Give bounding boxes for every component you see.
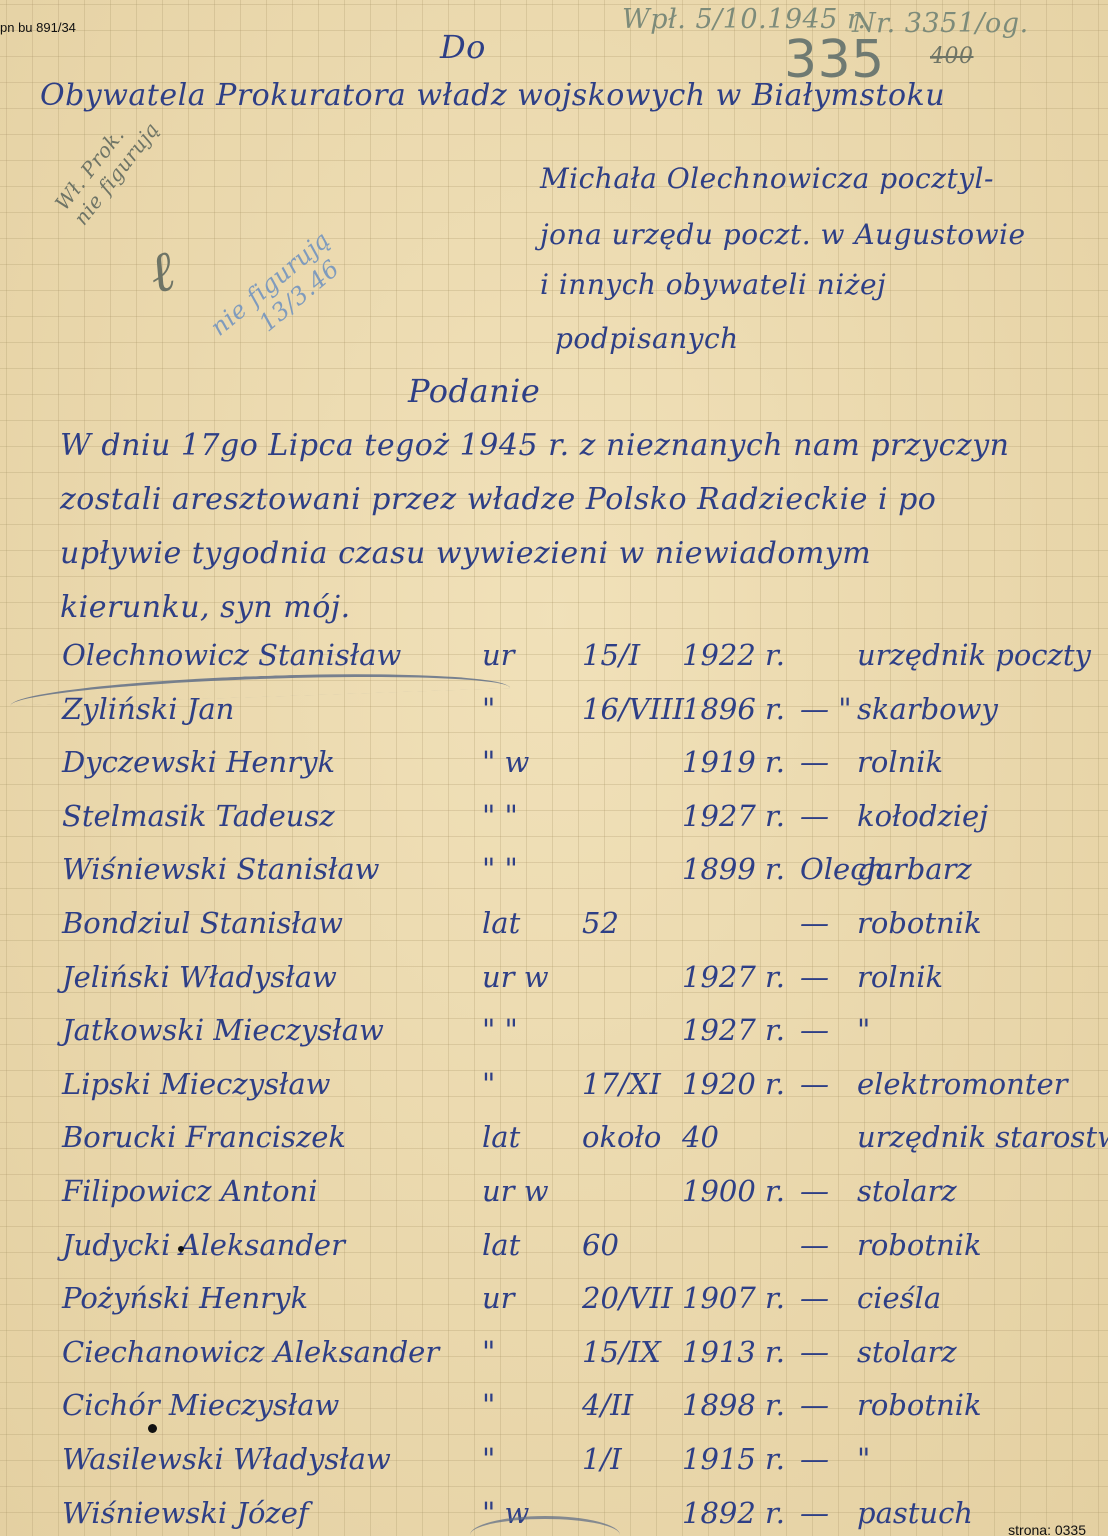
person-date: 15/I [582,638,640,672]
pencil-signature: ℓ [142,238,182,307]
person-date: około [582,1120,661,1154]
sender-line-4: podpisanych [555,322,739,355]
person-ditto: " [482,1442,495,1476]
person-name: Olechnowicz Stanisław [62,638,401,672]
person-year: 1927 r. [682,960,785,994]
person-ditto: " [482,1388,495,1422]
body-line-1: W dniu 17go Lipca tegoż 1945 r. z niezna… [60,428,1010,463]
person-row: Borucki Franciszeklatokoło40urzędnik sta… [62,1120,1072,1160]
person-year: 1898 r. [682,1388,785,1422]
person-occupation: pastuch [857,1496,973,1530]
person-row: Dyczewski Henryk" w1919 r.—rolnik [62,745,1072,785]
person-ditto: lat [482,906,520,940]
person-name: Borucki Franciszek [62,1120,346,1154]
person-dash: — [800,1496,829,1530]
person-name: Stelmasik Tadeusz [62,799,335,833]
person-name: Wiśniewski Józef [62,1496,309,1530]
person-dash: — [800,1335,829,1369]
person-row: Lipski Mieczysław"17/XI1920 r.—elektromo… [62,1067,1072,1107]
person-ditto: " w [482,745,529,779]
person-name: Wiśniewski Stanisław [62,852,380,886]
person-ditto: " [482,1067,495,1101]
person-date: 17/XI [582,1067,661,1101]
person-dash: — [800,1228,829,1262]
person-occupation: stolarz [857,1335,957,1369]
person-row: Bondziul Stanisławlat52—robotnik [62,906,1072,946]
person-occupation: kołodziej [857,799,988,833]
person-occupation: rolnik [857,745,943,779]
person-date: 15/IX [582,1335,661,1369]
person-row: Ciechanowicz Aleksander"15/IX1913 r.—sto… [62,1335,1072,1375]
person-dash: — [800,1067,829,1101]
person-year: 1919 r. [682,745,785,779]
person-occupation: " [857,1013,870,1047]
person-occupation: garbarz [857,852,972,886]
person-row: Jatkowski Mieczysław" "1927 r.—" [62,1013,1072,1053]
person-occupation: stolarz [857,1174,957,1208]
document-title: Podanie [408,372,540,410]
person-date: 4/II [582,1388,633,1422]
person-year: 1899 r. [682,852,785,886]
person-name: Cichór Mieczysław [62,1388,339,1422]
person-ditto: ur [482,1281,515,1315]
person-occupation: robotnik [857,1388,982,1422]
person-row: Zyliński Jan"16/VIII1896 r.— "skarbowy [62,692,1072,732]
person-ditto: ur w [482,1174,549,1208]
person-date: 52 [582,906,619,940]
person-row: Stelmasik Tadeusz" "1927 r.—kołodziej [62,799,1072,839]
person-row: Wasilewski Władysław"1/I1915 r.—" [62,1442,1072,1482]
person-occupation: elektromonter [857,1067,1067,1101]
address-to: Do [440,28,486,66]
archive-reference: pn bu 891/34 [0,20,76,35]
sender-line-2: jona urzędu poczt. w Augustowie [540,218,1026,251]
address-recipient: Obywatela Prokuratora władz wojskowych w… [40,78,945,113]
person-name: Jeliński Władysław [62,960,337,994]
person-name: Dyczewski Henryk [62,745,335,779]
person-year: 1913 r. [682,1335,785,1369]
person-ditto: ur [482,638,515,672]
person-dash: — [800,1013,829,1047]
person-year: 1927 r. [682,799,785,833]
person-ditto: " [482,1335,495,1369]
body-line-2: zostali aresztowani przez władze Polsko … [60,482,936,517]
struck-number: 400 [930,44,974,69]
person-occupation: " [857,1442,870,1476]
person-occupation: cieśla [857,1281,941,1315]
person-year: 1900 r. [682,1174,785,1208]
person-row: Olechnowicz Stanisławur15/I1922 r.urzędn… [62,638,1072,678]
person-occupation: urzędnik poczty [857,638,1091,672]
person-dash: — " [800,692,852,726]
ink-blot [178,1246,184,1252]
person-occupation: robotnik [857,1228,982,1262]
person-occupation: urzędnik starostwa [857,1120,1108,1154]
person-row: Wiśniewski Stanisław" "1899 r.Olech.garb… [62,852,1072,892]
person-year: 1915 r. [682,1442,785,1476]
person-occupation: robotnik [857,906,982,940]
person-dash: — [800,1388,829,1422]
pencil-margin-note: Wł. Prok. nie figurują [50,103,164,230]
person-name: Pożyński Henryk [62,1281,308,1315]
person-date: 1/I [582,1442,622,1476]
person-dash: — [800,1281,829,1315]
person-year: 1907 r. [682,1281,785,1315]
person-ditto: " " [482,852,518,886]
person-date: 20/VII [582,1281,673,1315]
person-name: Lipski Mieczysław [62,1067,330,1101]
body-line-3: upływie tygodnia czasu wywiezieni w niew… [60,536,871,571]
person-name: Ciechanowicz Aleksander [62,1335,439,1369]
person-ditto: lat [482,1228,520,1262]
person-year: 1922 r. [682,638,785,672]
person-dash: — [800,960,829,994]
person-year: 1927 r. [682,1013,785,1047]
person-name: Zyliński Jan [62,692,234,726]
person-year: 1896 r. [682,692,785,726]
person-dash: — [800,1174,829,1208]
person-ditto: " " [482,1013,518,1047]
person-row: Cichór Mieczysław"4/II1898 r.—robotnik [62,1388,1072,1428]
person-name: Wasilewski Władysław [62,1442,391,1476]
person-year: 1892 r. [682,1496,785,1530]
ink-blot [148,1424,157,1433]
person-name: Judycki Aleksander [62,1228,345,1262]
person-date: 60 [582,1228,619,1262]
sender-line-3: i innych obywateli niżej [540,268,886,301]
person-row: Judycki Aleksanderlat60—robotnik [62,1228,1072,1268]
person-ditto: lat [482,1120,520,1154]
person-name: Filipowicz Antoni [62,1174,318,1208]
person-row: Jeliński Władysławur w1927 r.—rolnik [62,960,1072,1000]
person-dash: — [800,799,829,833]
person-dash: — [800,1442,829,1476]
person-date: 16/VIII [582,692,684,726]
person-row: Filipowicz Antoniur w1900 r.—stolarz [62,1174,1072,1214]
body-line-4: kierunku, syn mój. [60,590,351,625]
person-ditto: " " [482,799,518,833]
person-dash: — [800,906,829,940]
person-name: Jatkowski Mieczysław [62,1013,384,1047]
person-dash: — [800,745,829,779]
person-name: Bondziul Stanisław [62,906,343,940]
person-ditto: ur w [482,960,549,994]
person-row: Pożyński Henrykur20/VII1907 r.—cieśla [62,1281,1072,1321]
person-occupation: skarbowy [857,692,998,726]
person-occupation: rolnik [857,960,943,994]
person-year: 40 [682,1120,719,1154]
person-year: 1920 r. [682,1067,785,1101]
person-ditto: " [482,692,495,726]
blue-margin-note: nie figurują 13/3.46 [205,225,354,362]
sender-line-1: Michała Olechnowicza pocztyl- [540,162,994,195]
